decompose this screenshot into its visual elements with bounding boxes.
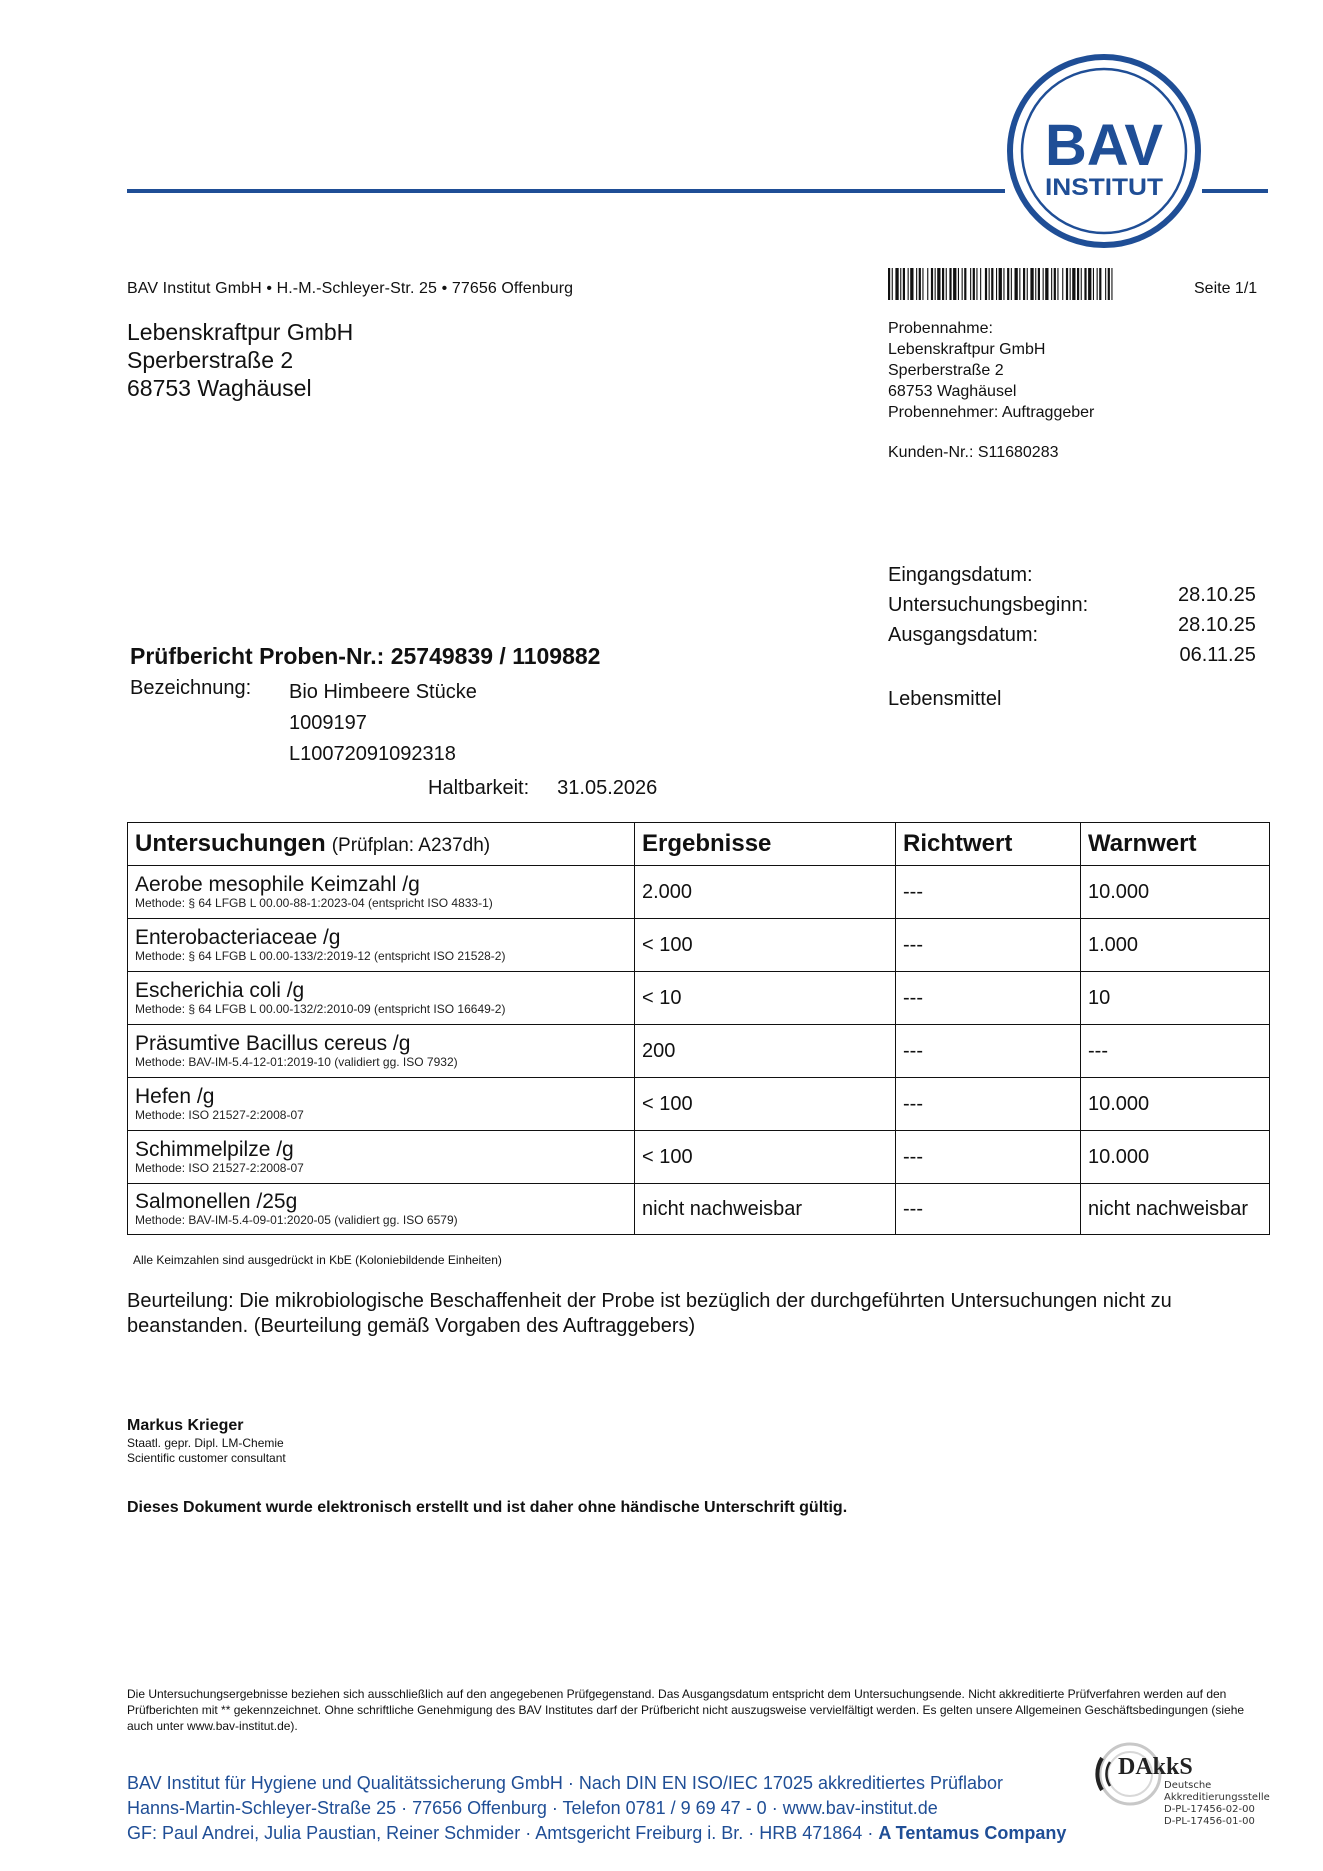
- result-cell: < 100: [635, 1131, 896, 1184]
- dakks-line: Akkreditierungsstelle: [1164, 1792, 1270, 1804]
- test-method: Methode: BAV-IM-5.4-09-01:2020-05 (valid…: [135, 1213, 627, 1227]
- electronic-document-note: Dieses Dokument wurde elektronisch erste…: [127, 1499, 847, 1517]
- test-name: Hefen /g: [135, 1086, 627, 1108]
- test-method: Methode: § 64 LFGB L 00.00-133/2:2019-12…: [135, 949, 627, 963]
- table-row: Hefen /gMethode: ISO 21527-2:2008-07< 10…: [128, 1078, 1270, 1131]
- date-label-issued: Ausgangsdatum:: [888, 620, 1088, 650]
- header-rule-right: [1202, 189, 1268, 193]
- table-row: Escherichia coli /gMethode: § 64 LFGB L …: [128, 972, 1270, 1025]
- table-row: Salmonellen /25gMethode: BAV-IM-5.4-09-0…: [128, 1184, 1270, 1235]
- table-header-row: Untersuchungen(Prüfplan: A237dh) Ergebni…: [128, 823, 1270, 866]
- test-name: Schimmelpilze /g: [135, 1139, 627, 1161]
- warn-value-cell: 10.000: [1081, 1131, 1270, 1184]
- result-cell: 200: [635, 1025, 896, 1078]
- sample-category: Lebensmittel: [888, 688, 1001, 711]
- disclaimer-text: Die Untersuchungsergebnisse beziehen sic…: [127, 1686, 1272, 1734]
- shelf-life-value: 31.05.2026: [557, 777, 657, 799]
- guide-value-cell: ---: [896, 1131, 1081, 1184]
- test-method: Methode: ISO 21527-2:2008-07: [135, 1108, 627, 1122]
- result-cell: < 10: [635, 972, 896, 1025]
- guide-value-cell: ---: [896, 1025, 1081, 1078]
- logo-main-text: BAV: [1045, 113, 1163, 178]
- date-label-start: Untersuchungsbeginn:: [888, 590, 1088, 620]
- signer-title: Staatl. gepr. Dipl. LM-Chemie: [127, 1436, 284, 1450]
- shelf-life: Haltbarkeit:31.05.2026: [428, 777, 657, 800]
- footer-line-1: BAV Institut für Hygiene und Qualitätssi…: [127, 1771, 1066, 1796]
- customer-number: Kunden-Nr.: S11680283: [888, 444, 1059, 462]
- signer-role: Scientific customer consultant: [127, 1451, 286, 1465]
- date-value-received: 28.10.25: [1178, 580, 1256, 610]
- report-title: Prüfbericht Proben-Nr.: 25749839 / 11098…: [130, 643, 600, 670]
- warn-value-cell: 10.000: [1081, 866, 1270, 919]
- header-guide-value: Richtwert: [896, 823, 1081, 866]
- test-name: Salmonellen /25g: [135, 1191, 627, 1213]
- sampling-info: Probennahme: Lebenskraftpur GmbH Sperber…: [888, 318, 1094, 423]
- test-name: Präsumtive Bacillus cereus /g: [135, 1033, 627, 1055]
- designation-values: Bio Himbeere Stücke 1009197 L10072091092…: [289, 677, 477, 770]
- dakks-accreditation-mark: DAkkS Deutsche Akkreditierungsstelle D-P…: [1088, 1742, 1288, 1852]
- designation-lot: L10072091092318: [289, 739, 477, 770]
- test-cell: Escherichia coli /gMethode: § 64 LFGB L …: [128, 972, 635, 1025]
- sampling-line: Sperberstraße 2: [888, 360, 1094, 381]
- test-name: Aerobe mesophile Keimzahl /g: [135, 874, 627, 896]
- dakks-line: D-PL-17456-01-00: [1164, 1816, 1270, 1828]
- barcode-icon: [888, 268, 1114, 300]
- assessment-text: Beurteilung: Die mikrobiologische Bescha…: [127, 1289, 1272, 1339]
- header-results: Ergebnisse: [635, 823, 896, 866]
- dakks-line: Deutsche: [1164, 1780, 1270, 1792]
- date-value-start: 28.10.25: [1178, 610, 1256, 640]
- test-method: Methode: BAV-IM-5.4-12-01:2019-10 (valid…: [135, 1055, 627, 1069]
- result-cell: nicht nachweisbar: [635, 1184, 896, 1235]
- test-cell: Präsumtive Bacillus cereus /gMethode: BA…: [128, 1025, 635, 1078]
- guide-value-cell: ---: [896, 1078, 1081, 1131]
- company-footer: BAV Institut für Hygiene und Qualitätssi…: [127, 1771, 1066, 1846]
- warn-value-cell: 10.000: [1081, 1078, 1270, 1131]
- footer-management: GF: Paul Andrei, Julia Paustian, Reiner …: [127, 1823, 878, 1843]
- table-row: Schimmelpilze /gMethode: ISO 21527-2:200…: [128, 1131, 1270, 1184]
- dakks-brand: DAkkS: [1118, 1754, 1193, 1781]
- header-rule-left: [127, 189, 1005, 193]
- result-cell: 2.000: [635, 866, 896, 919]
- table-row: Aerobe mesophile Keimzahl /gMethode: § 6…: [128, 866, 1270, 919]
- footer-line-3: GF: Paul Andrei, Julia Paustian, Reiner …: [127, 1821, 1066, 1846]
- recipient-line: 68753 Waghäusel: [127, 374, 353, 402]
- test-cell: Hefen /gMethode: ISO 21527-2:2008-07: [128, 1078, 635, 1131]
- recipient-line: Lebenskraftpur GmbH: [127, 318, 353, 346]
- page-number: Seite 1/1: [1194, 280, 1257, 298]
- dakks-details: Deutsche Akkreditierungsstelle D-PL-1745…: [1164, 1780, 1270, 1828]
- table-row: Präsumtive Bacillus cereus /gMethode: BA…: [128, 1025, 1270, 1078]
- bav-institut-logo: BAV INSTITUT: [1006, 53, 1202, 249]
- guide-value-cell: ---: [896, 866, 1081, 919]
- footer-line-2: Hanns-Martin-Schleyer-Straße 25 · 77656 …: [127, 1796, 1066, 1821]
- sampling-line: Lebenskraftpur GmbH: [888, 339, 1094, 360]
- test-cell: Enterobacteriaceae /gMethode: § 64 LFGB …: [128, 919, 635, 972]
- test-cell: Aerobe mesophile Keimzahl /gMethode: § 6…: [128, 866, 635, 919]
- guide-value-cell: ---: [896, 972, 1081, 1025]
- date-labels: Eingangsdatum: Untersuchungsbeginn: Ausg…: [888, 560, 1088, 650]
- dakks-line: D-PL-17456-02-00: [1164, 1804, 1270, 1816]
- warn-value-cell: 10: [1081, 972, 1270, 1025]
- shelf-life-label: Haltbarkeit:: [428, 777, 529, 799]
- header-tests-label: Untersuchungen: [135, 830, 326, 857]
- sampling-line: Probennahme:: [888, 318, 1094, 339]
- sampling-line: 68753 Waghäusel: [888, 381, 1094, 402]
- sampling-line: Probennehmer: Auftraggeber: [888, 402, 1094, 423]
- designation-label: Bezeichnung:: [130, 677, 251, 700]
- test-method: Methode: ISO 21527-2:2008-07: [135, 1161, 627, 1175]
- guide-value-cell: ---: [896, 1184, 1081, 1235]
- test-cell: Salmonellen /25gMethode: BAV-IM-5.4-09-0…: [128, 1184, 635, 1235]
- table-row: Enterobacteriaceae /gMethode: § 64 LFGB …: [128, 919, 1270, 972]
- warn-value-cell: ---: [1081, 1025, 1270, 1078]
- warn-value-cell: 1.000: [1081, 919, 1270, 972]
- test-method: Methode: § 64 LFGB L 00.00-88-1:2023-04 …: [135, 896, 627, 910]
- signer-name: Markus Krieger: [127, 1417, 244, 1435]
- date-values: 28.10.25 28.10.25 06.11.25: [1178, 580, 1256, 670]
- results-table: Untersuchungen(Prüfplan: A237dh) Ergebni…: [127, 822, 1270, 1235]
- unit-note: Alle Keimzahlen sind ausgedrückt in KbE …: [133, 1253, 502, 1267]
- result-cell: < 100: [635, 1078, 896, 1131]
- test-name: Escherichia coli /g: [135, 980, 627, 1002]
- warn-value-cell: nicht nachweisbar: [1081, 1184, 1270, 1235]
- date-value-issued: 06.11.25: [1178, 640, 1256, 670]
- recipient-line: Sperberstraße 2: [127, 346, 353, 374]
- date-label-received: Eingangsdatum:: [888, 560, 1088, 590]
- test-name: Enterobacteriaceae /g: [135, 927, 627, 949]
- footer-tentamus: A Tentamus Company: [878, 1823, 1066, 1843]
- header-tests: Untersuchungen(Prüfplan: A237dh): [128, 823, 635, 866]
- header-warn-value: Warnwert: [1081, 823, 1270, 866]
- designation-article-no: 1009197: [289, 708, 477, 739]
- designation-product: Bio Himbeere Stücke: [289, 677, 477, 708]
- test-method: Methode: § 64 LFGB L 00.00-132/2:2010-09…: [135, 1002, 627, 1016]
- guide-value-cell: ---: [896, 919, 1081, 972]
- sender-line: BAV Institut GmbH • H.-M.-Schleyer-Str. …: [127, 280, 573, 298]
- recipient-address: Lebenskraftpur GmbH Sperberstraße 2 6875…: [127, 318, 353, 402]
- logo-sub-text: INSTITUT: [1045, 174, 1163, 201]
- test-cell: Schimmelpilze /gMethode: ISO 21527-2:200…: [128, 1131, 635, 1184]
- result-cell: < 100: [635, 919, 896, 972]
- header-test-plan: (Prüfplan: A237dh): [332, 835, 490, 856]
